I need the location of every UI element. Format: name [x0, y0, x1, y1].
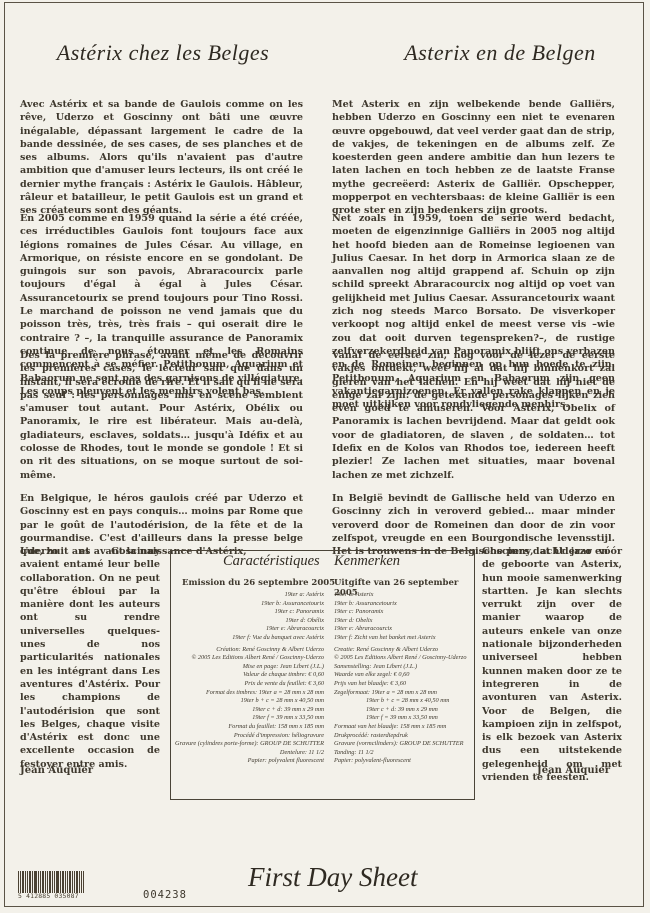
emission-date-fr: Emission du 26 septembre 2005: [182, 578, 335, 588]
characteristics-heading-nl: Kenmerken: [334, 553, 400, 570]
french-paragraph-1: Avec Astérix et sa bande de Gaulois comm…: [20, 98, 303, 218]
barcode-number: 5 412885 035087: [18, 892, 98, 900]
characteristics-heading-fr: Caractéristiques: [223, 553, 320, 570]
specs-dutch: 19ter a: Asterix 19ter b: Assurancetouri…: [334, 591, 474, 766]
title-french: Astérix chez les Belges: [48, 40, 278, 66]
serial-number: 004238: [143, 889, 187, 901]
dutch-paragraph-3: Vanaf de eerste zin, nog voor de lezer d…: [332, 349, 615, 482]
specs-french: 19ter a: Astérix 19ter b: Assurancetouri…: [174, 591, 324, 766]
french-paragraph-narrow: Uderzo et Goscinny avaient entamé leur b…: [20, 545, 160, 771]
barcode: 5 412885 035087: [18, 871, 98, 901]
dutch-paragraph-1: Met Asterix en zijn welbekende bende Gal…: [332, 98, 615, 218]
first-day-sheet-title: First Day Sheet: [248, 862, 417, 893]
french-signature: Jean Auquier: [20, 765, 93, 776]
dutch-paragraph-narrow: Goscinny, acht jaar vóór de geboorte van…: [482, 545, 622, 784]
barcode-bars: [18, 871, 98, 893]
characteristics-box: Caractéristiques Kenmerken Emission du 2…: [170, 550, 475, 800]
dutch-signature: Jean Auquier: [537, 765, 610, 776]
title-dutch: Asterix en de Belgen: [385, 40, 615, 66]
french-paragraph-3: Dès la première phrase, avant même de dé…: [20, 349, 303, 482]
